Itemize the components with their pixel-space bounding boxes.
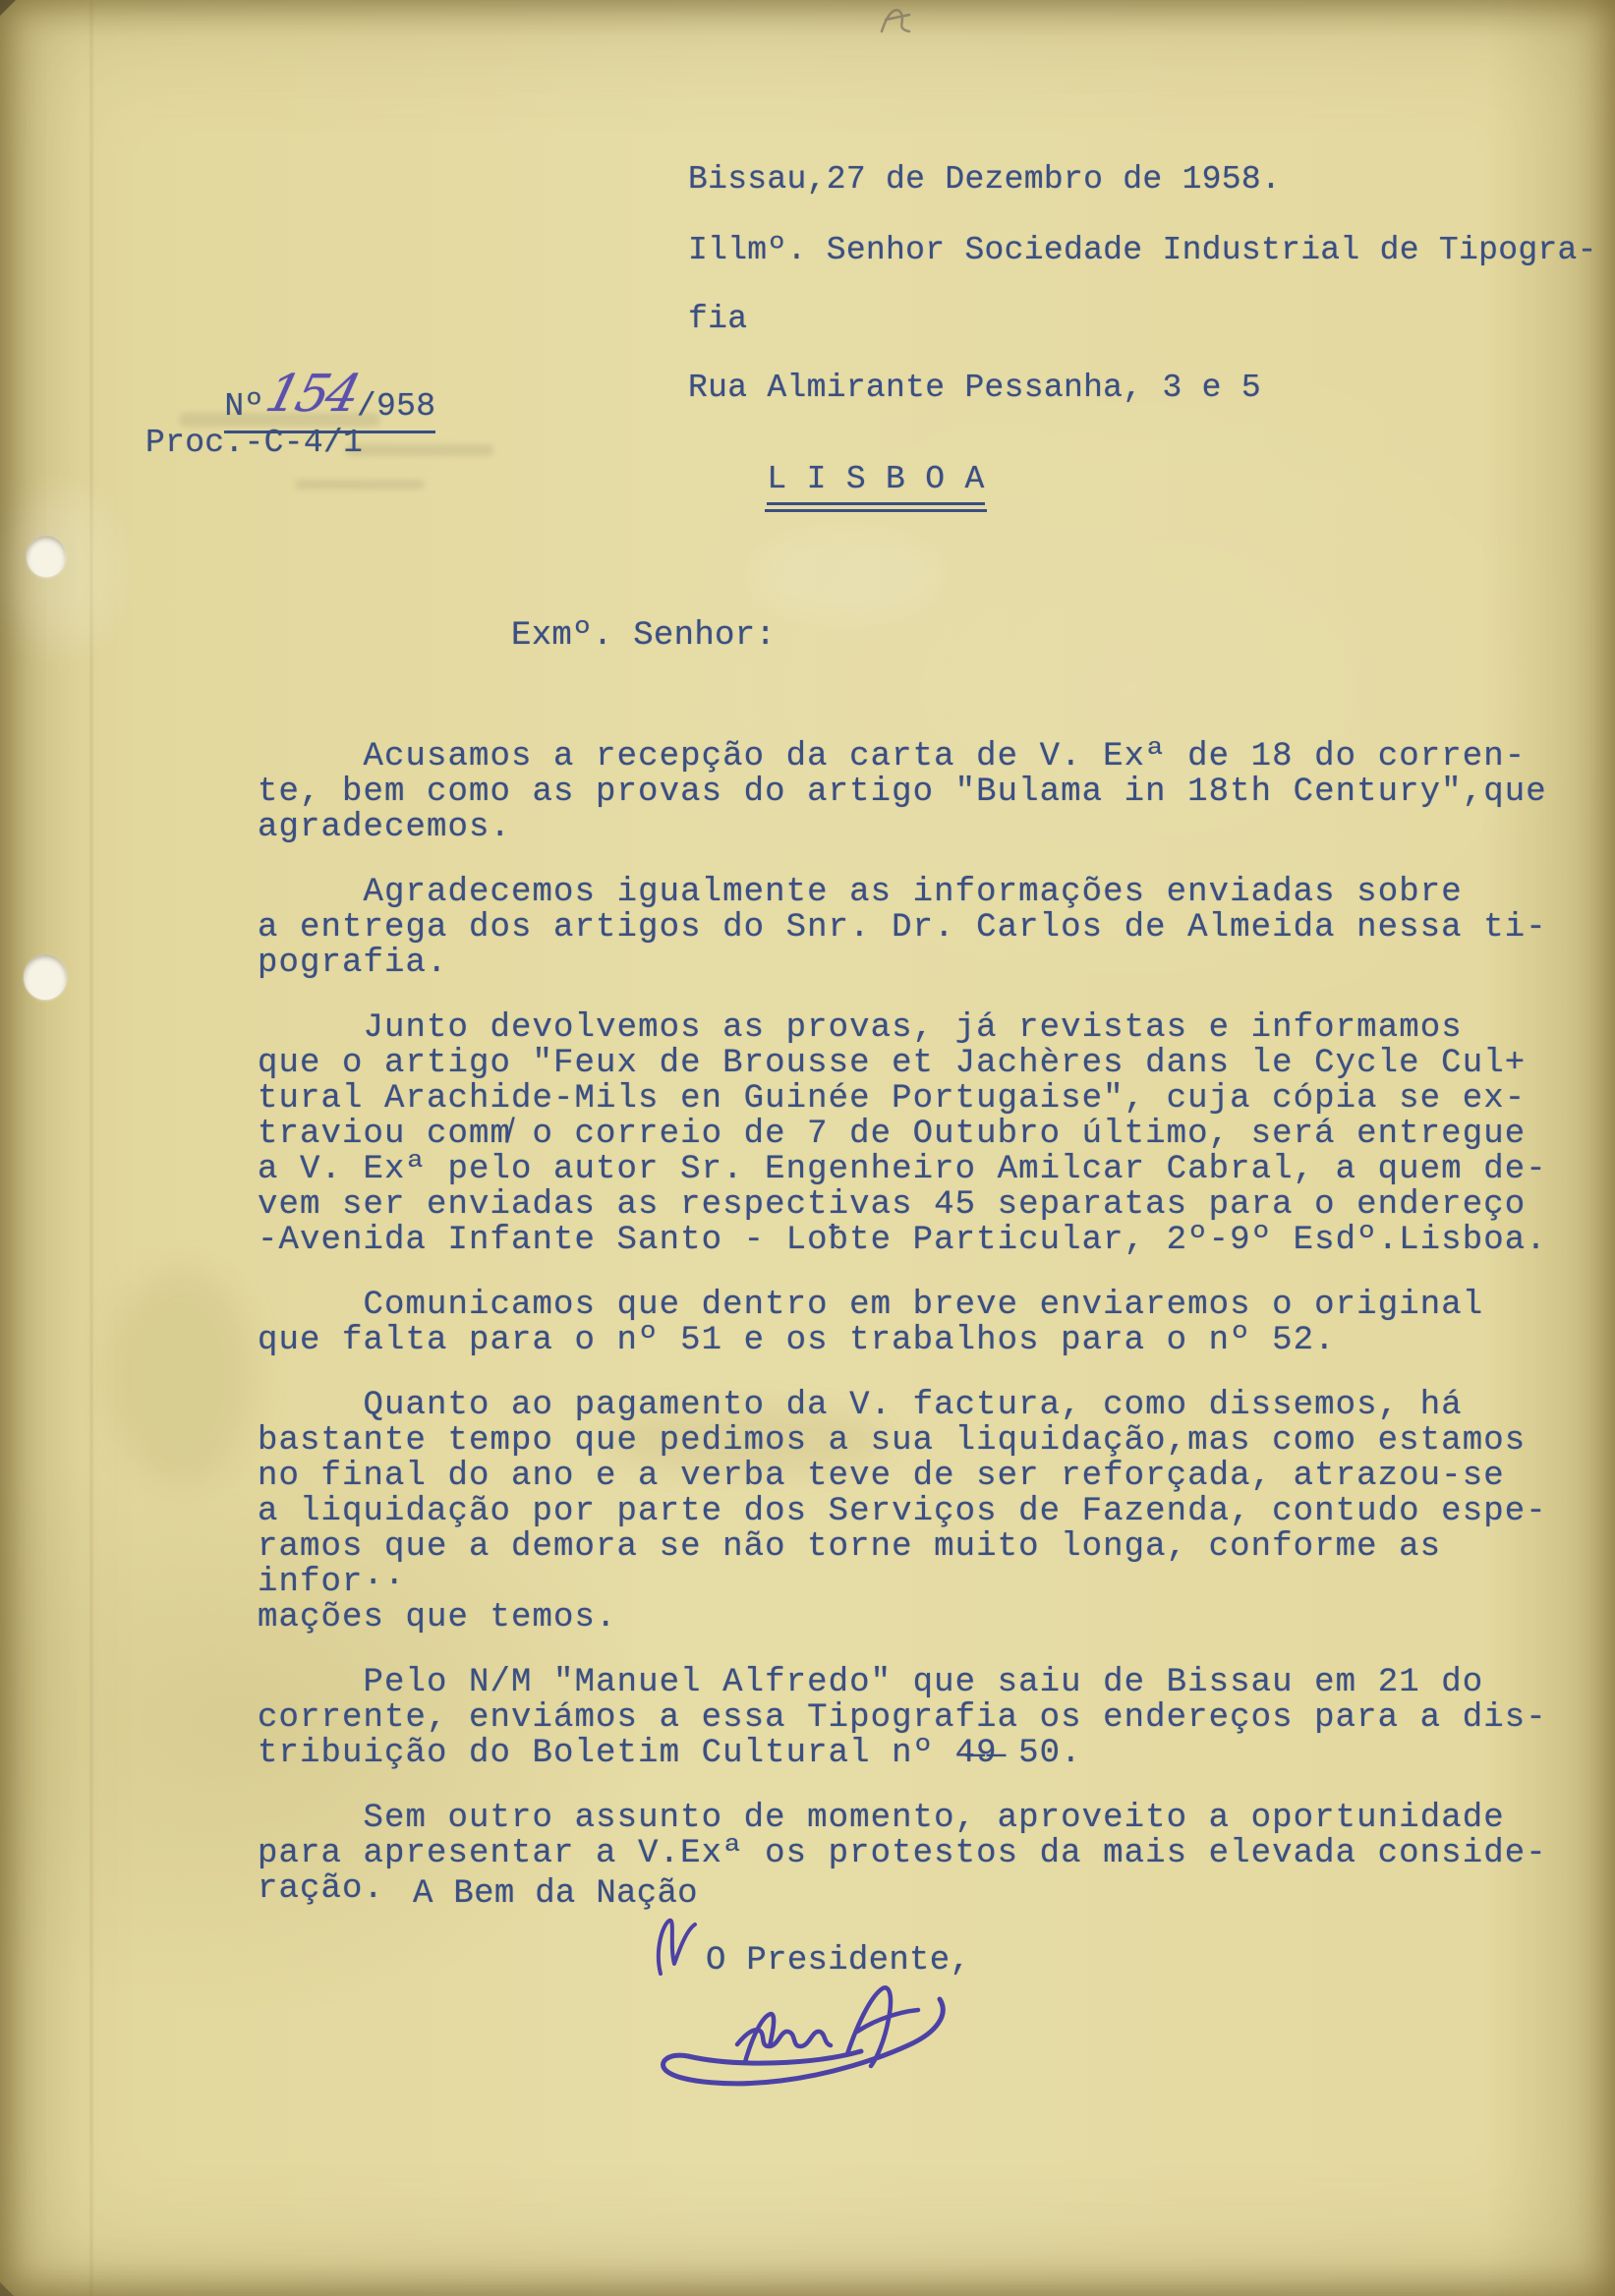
city-line: L I S B O A: [767, 461, 984, 505]
pencil-scribble-icon: [875, 2, 918, 37]
paper-stain: [108, 1268, 256, 1484]
recipient-line-3: Rua Almirante Pessanha, 3 e 5: [688, 370, 1261, 407]
paragraph: Acusamos a recepção da carta de V. Exª d…: [258, 739, 1609, 845]
page-corner-shadow: [0, 0, 16, 16]
reference-prefix: Nº: [224, 388, 263, 425]
letter-page: Bissau,27 de Dezembro de 1958. Illmº. Se…: [0, 0, 1615, 2296]
paper-stain: [10, 491, 118, 649]
date-line: Bissau,27 de Dezembro de 1958.: [688, 161, 1281, 199]
paper-fold-line: [90, 0, 92, 2296]
paragraph: Quanto ao pagamento da V. factura, como …: [258, 1388, 1609, 1636]
recipient-line-1: Illmº. Senhor Sociedade Industrial de Ti…: [688, 232, 1597, 269]
signature-scribble: [653, 1970, 948, 2112]
closing-motto: A Bem da Nação: [413, 1875, 698, 1913]
paragraph: Comunicamos que dentro em breve enviarem…: [258, 1288, 1609, 1358]
paragraph: Junto devolvemos as provas, já revistas …: [258, 1010, 1609, 1258]
page-corner-shadow: [0, 2282, 14, 2296]
pencil-smudge: [295, 480, 425, 489]
reference-suffix: /958: [357, 388, 435, 425]
paper-stain: [747, 531, 944, 619]
salutation: Exmº. Senhor:: [511, 617, 776, 655]
process-number: Proc.-C-4/1: [145, 425, 363, 462]
recipient-line-2: fia: [688, 301, 747, 338]
letter-body: Acusamos a recepção da carta de V. Exª d…: [258, 739, 1609, 1936]
paragraph: Pelo N/M "Manuel Alfredo" que saiu de Bi…: [258, 1665, 1609, 1771]
punch-hole-top: [27, 536, 66, 577]
punch-hole-bottom: [24, 954, 67, 1000]
reference-number-handwritten: 154: [261, 379, 362, 409]
paragraph: Agradecemos igualmente as informações en…: [258, 875, 1609, 981]
